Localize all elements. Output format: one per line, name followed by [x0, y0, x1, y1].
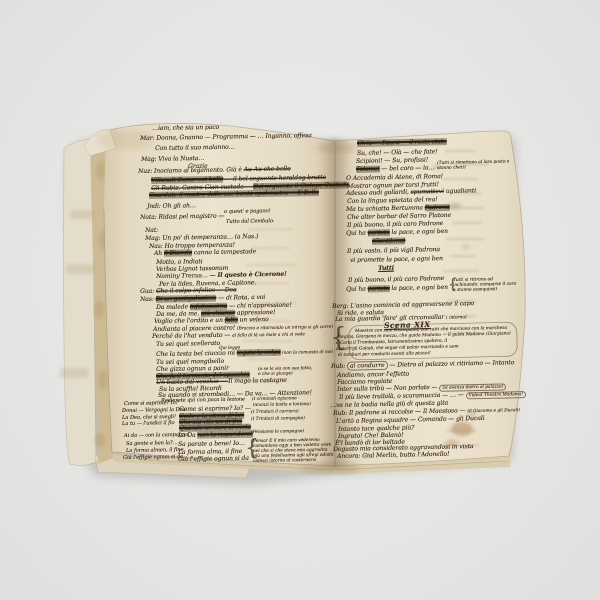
manuscript-line: di tamburi per condursi avanti alla piaz…	[338, 352, 431, 359]
manuscript-line: Ch'io — Paura — il resto state	[357, 139, 447, 147]
manuscript-line: vi promette la pace, e ogni ben	[350, 256, 443, 265]
photo-canvas: …iam, che sia un pacoMar: Donna, Gnanno …	[0, 0, 600, 600]
manuscript-line: Il più vasto, il più vigil Padrona	[347, 247, 440, 256]
manuscript-line: e stanno ossequiosi)	[453, 288, 497, 294]
right-page-text: Ch'io — Paura — il resto stateSu, che! —…	[0, 0, 600, 600]
manuscript-line: Qui ha portato la pace, e ogni ben	[346, 285, 448, 294]
manuscript-line: Rub: ai condurre — Dietro al palazzo vi …	[331, 360, 514, 370]
manuscript-line: Qui ha portato la pace, e ogni ben	[346, 229, 448, 238]
manuscript-text-layer: …iam, che sia un pacoMar: Donna, Gnanno …	[0, 0, 600, 600]
manuscript-line: Ancora: Gial Merlin, butta l'Adonello!	[337, 452, 449, 461]
manuscript-line: Tolomei — bel coro — la…	[356, 165, 435, 173]
manuscript-line: Tutti	[378, 266, 394, 273]
manuscript-line: (Tutti si rimettono al loro posto e stan…	[437, 160, 525, 171]
manuscript-line: (Cantilena)	[372, 238, 406, 245]
